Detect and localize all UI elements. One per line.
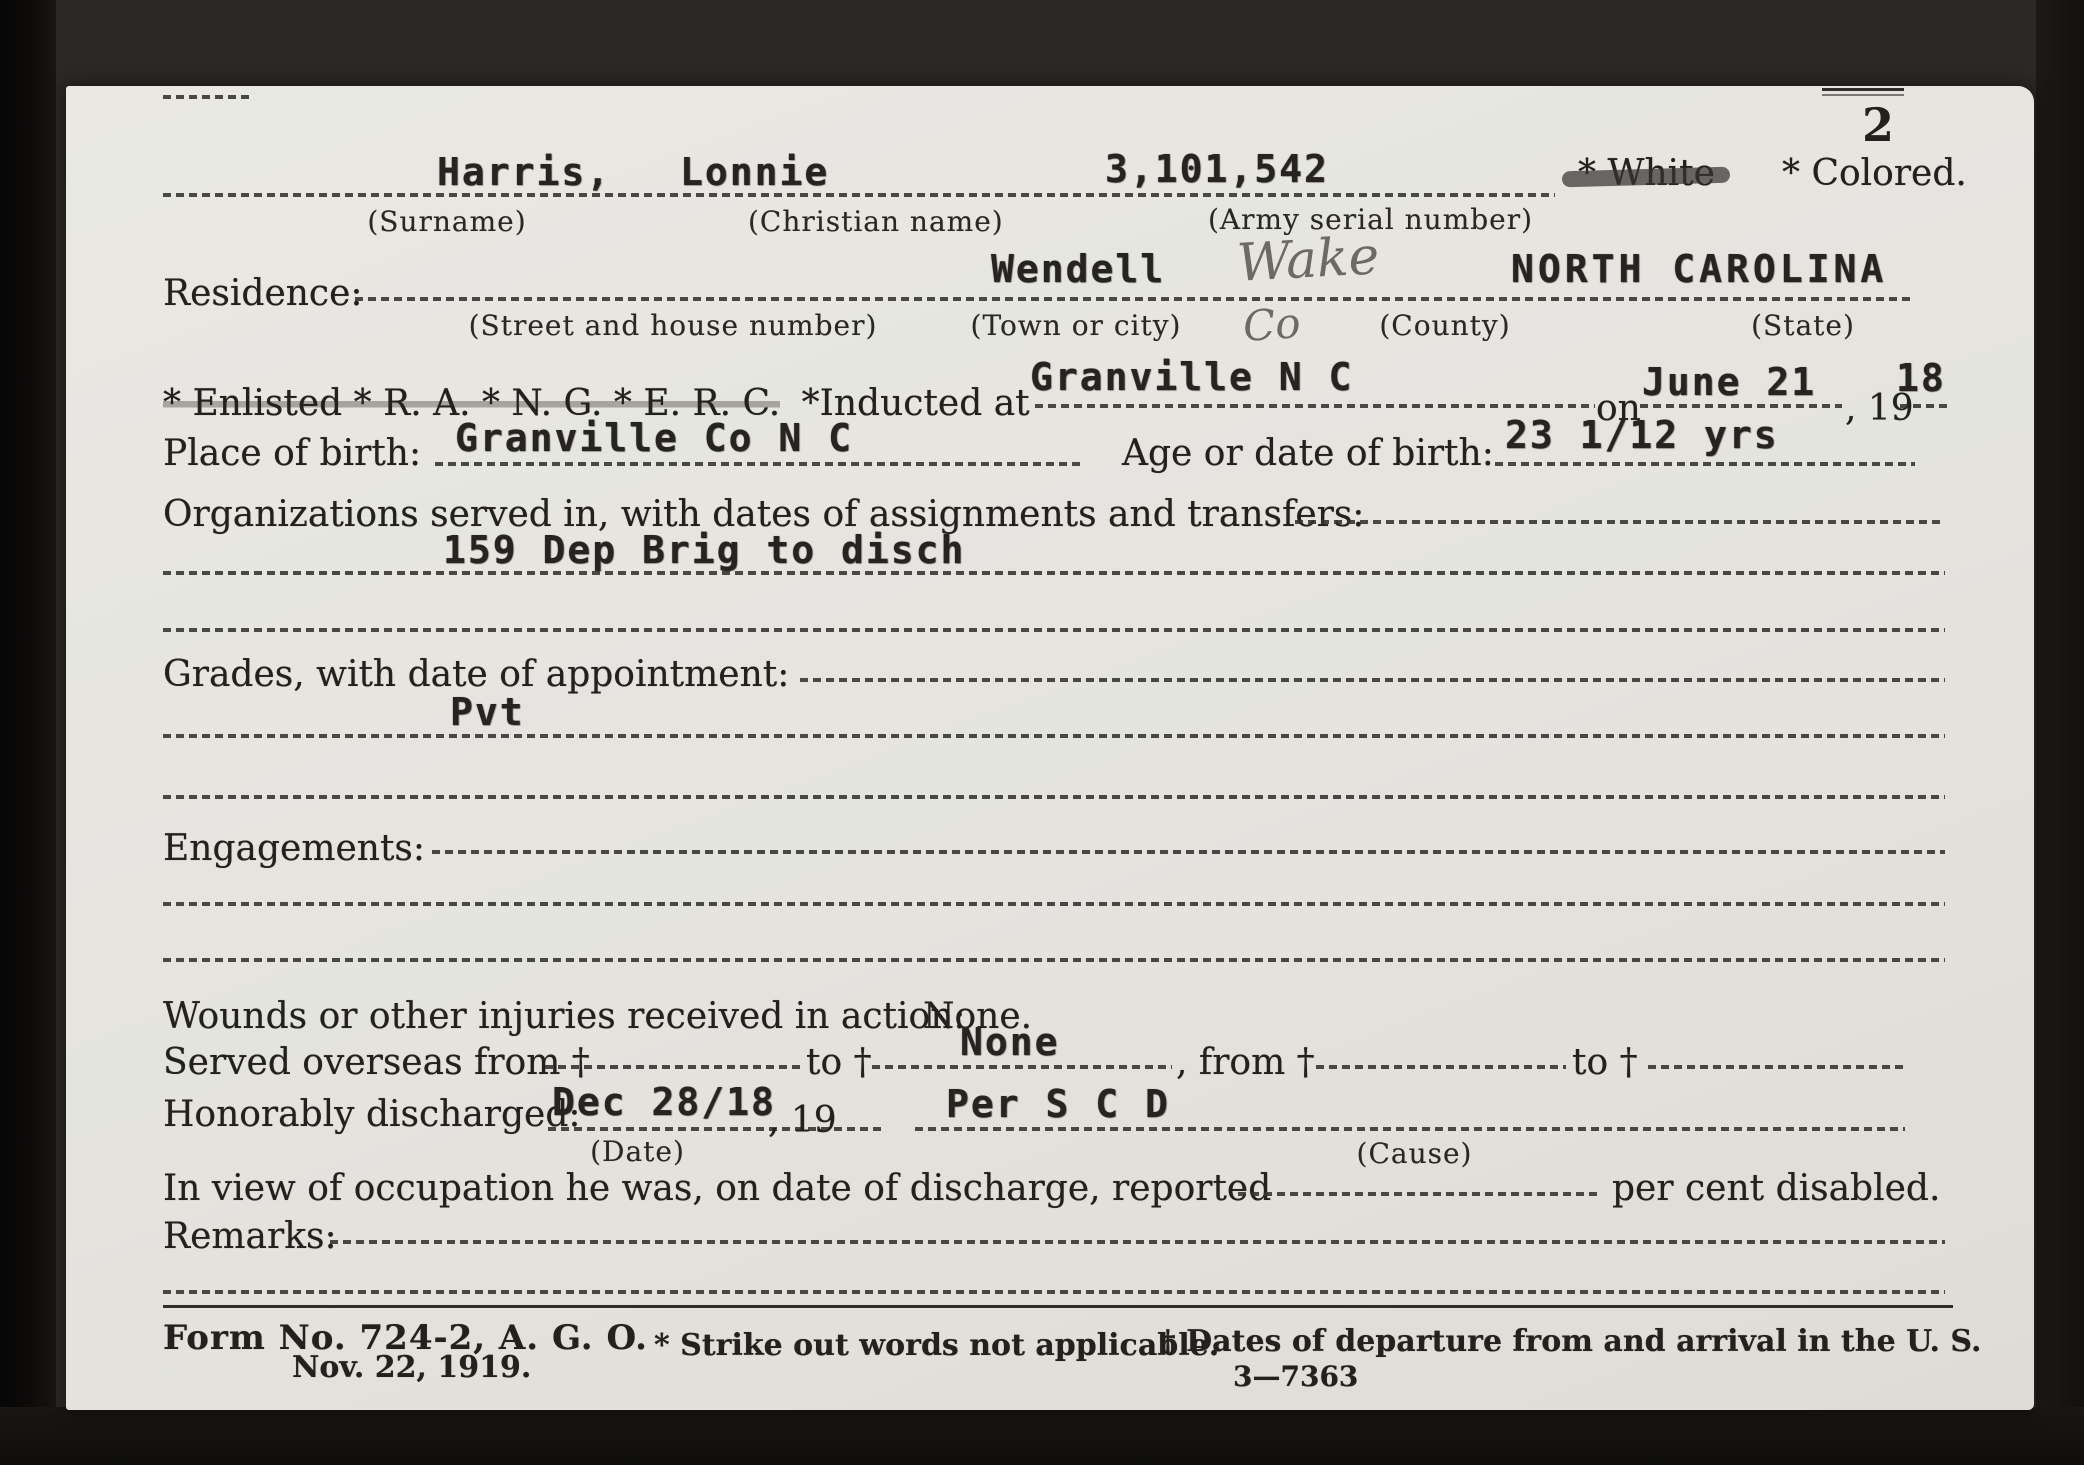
street-sublabel: (Street and house number) (463, 309, 883, 342)
page-number: 2 (1862, 98, 1894, 152)
overseas-value: None (960, 1020, 1060, 1064)
overseas-line-1 (545, 1065, 800, 1069)
christian-name-sublabel: (Christian name) (748, 205, 993, 238)
remarks-label: Remarks: (163, 1216, 337, 1257)
overseas-to1-label: to † (806, 1042, 872, 1083)
birth-place-value: Granville Co N C (455, 416, 853, 460)
christian-name-value: Lonnie (680, 150, 829, 194)
film-edge-right (2036, 0, 2084, 1465)
discharge-date-value: Dec 28/18 (552, 1080, 776, 1124)
serial-number-value: 3,101,542 (1105, 147, 1329, 191)
disability-tail-label: per cent disabled. (1612, 1168, 1940, 1209)
grades-line-2 (163, 734, 1945, 738)
organizations-line-2 (163, 571, 1945, 575)
overseas-to2-label: to † (1572, 1042, 1638, 1083)
engagements-line-2 (163, 902, 1945, 906)
overseas-line-3 (1316, 1065, 1566, 1069)
county-sublabel: (County) (1375, 309, 1515, 342)
engagements-label: Engagements: (163, 828, 425, 869)
top-left-tick (163, 95, 251, 99)
organizations-value: 159 Dep Brig to disch (443, 528, 965, 572)
induction-year-line (1900, 404, 1948, 408)
disability-line (1238, 1192, 1598, 1196)
remarks-line-2 (163, 1290, 1945, 1294)
race-colored-label: * Colored. (1782, 153, 1967, 194)
footer-separator-rule (163, 1305, 1953, 1308)
cause-sublabel: (Cause) (1352, 1137, 1477, 1170)
page-number-rule-2 (1822, 94, 1904, 96)
residence-line (355, 297, 1915, 301)
surname-value: Harris, (437, 150, 611, 194)
engagements-line-3 (163, 958, 1945, 962)
overseas-line-4 (1648, 1065, 1906, 1069)
film-edge-left (0, 0, 56, 1465)
residence-county-handwritten: Wake (1236, 226, 1381, 293)
overseas-line-2 (872, 1065, 1172, 1069)
remarks-line-1 (330, 1240, 1945, 1244)
discharge-label: Honorably discharged: (163, 1094, 581, 1135)
grades-value: Pvt (450, 690, 525, 734)
induction-date-value: June 21 (1642, 360, 1816, 404)
birth-place-label: Place of birth: (163, 433, 421, 474)
disability-label: In view of occupation he was, on date of… (163, 1168, 1271, 1209)
surname-sublabel: (Surname) (352, 205, 542, 238)
residence-state-value: NORTH CAROLINA (1511, 247, 1887, 291)
page-number-rule (1822, 88, 1904, 91)
date-sublabel: (Date) (575, 1135, 700, 1168)
residence-town-value: Wendell (991, 247, 1165, 291)
organizations-line-3 (163, 628, 1945, 632)
induction-place-value: Granville N C (1030, 355, 1353, 399)
grades-line-3 (163, 795, 1945, 799)
age-value: 23 1/12 yrs (1505, 413, 1779, 457)
residence-label: Residence: (163, 273, 363, 314)
discharge-year-label: , 19 (768, 1100, 837, 1141)
overseas-from2-label: , from † (1176, 1042, 1315, 1083)
discharge-cause-value: Per S C D (946, 1082, 1170, 1126)
grades-label: Grades, with date of appointment: (163, 654, 789, 695)
state-sublabel: (State) (1748, 309, 1858, 342)
age-label: Age or date of birth: (1122, 433, 1494, 474)
induction-date-line (1640, 404, 1842, 408)
dagger-note: † Dates of departure from and arrival in… (1160, 1324, 1981, 1359)
scanned-card-page: 2 Harris, Lonnie 3,101,542 * White * Col… (0, 0, 2084, 1465)
print-code: 3—7363 (1233, 1360, 1358, 1393)
film-edge-bottom (0, 1407, 2084, 1465)
age-line (1495, 462, 1915, 466)
form-date: Nov. 22, 1919. (292, 1350, 531, 1385)
town-sublabel: (Town or city) (967, 309, 1185, 342)
birth-place-line (435, 462, 1080, 466)
discharge-cause-line (915, 1127, 1905, 1131)
strike-note: * Strike out words not applicable. (654, 1328, 1219, 1363)
overseas-from1-label: Served overseas from † (163, 1042, 590, 1083)
engagements-line-1 (432, 850, 1945, 854)
grades-line-1 (800, 678, 1945, 682)
organizations-line-1 (1295, 520, 1945, 524)
county-handwritten-co: Co (1241, 298, 1302, 351)
induction-year-value: 18 (1896, 356, 1946, 400)
name-line (163, 193, 1555, 197)
wounds-label: Wounds or other injuries received in act… (163, 996, 966, 1037)
induction-place-line (1035, 404, 1595, 408)
